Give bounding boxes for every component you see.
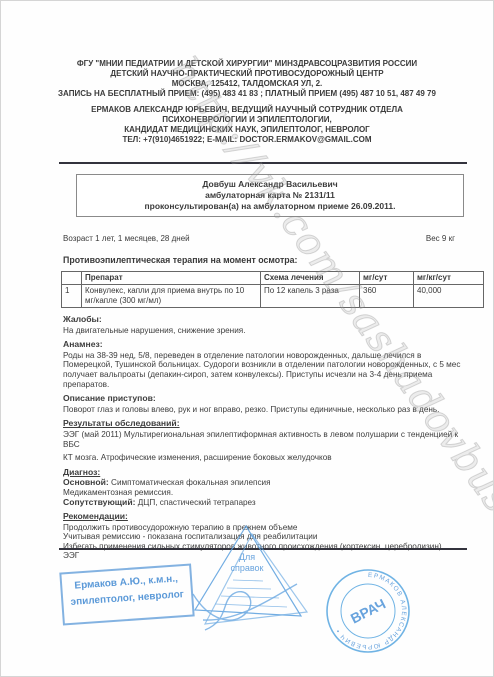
scheme-cell: По 12 капель 3 раза xyxy=(261,285,360,308)
doctor-department: ПСИХОНЕВРОЛОГИИ И ЭПИЛЕПТОЛОГИИ, xyxy=(1,115,493,125)
anamnesis-text: Роды на 38-39 нед, 5/8, переведен в отде… xyxy=(63,351,467,389)
seizure-description-section: Описание приступов: Поворот глаз и голов… xyxy=(63,394,467,414)
comorbid-diagnosis-line: Сопутствующий: ДЦП, спастический тетрапа… xyxy=(63,498,467,508)
consult-date-line: проконсультирован(а) на амбулаторном при… xyxy=(77,201,463,212)
main-diagnosis-text: Симптоматическая фокальная эпилепсия xyxy=(109,478,271,487)
doctor-round-stamp: ЕРМАКОВ АЛЕКСАНДР ЮРЬЕВИЧ • ВРАЧ xyxy=(323,566,413,656)
main-diagnosis-label: Основной: xyxy=(63,477,109,487)
exam-results-title: Результаты обследований: xyxy=(63,419,467,429)
clinic-header: ФГУ "МНИИ ПЕДИАТРИИ И ДЕТСКОЙ ХИРУРГИИ" … xyxy=(1,59,493,145)
comorbid-diagnosis-text: ДЦП, спастический тетрапарез xyxy=(135,498,255,507)
anamnesis-section: Анамнез: Роды на 38-39 нед, 5/8, перевед… xyxy=(63,340,467,389)
mg-kg-day-cell: 40,000 xyxy=(414,285,484,308)
seizure-description-title: Описание приступов: xyxy=(63,394,467,404)
patient-name: Довбуш Александр Васильевич xyxy=(77,179,463,190)
doctor-degree: КАНДИДАТ МЕДИЦИНСКИХ НАУК, ЭПИЛЕПТОЛОГ, … xyxy=(1,125,493,135)
clinic-name: ФГУ "МНИИ ПЕДИАТРИИ И ДЕТСКОЙ ХИРУРГИИ" … xyxy=(1,59,493,69)
doctor-rectangular-stamp: Ермаков А.Ю., к.м.н., эпилептолог, невро… xyxy=(59,563,194,625)
diagnosis-title: Диагноз: xyxy=(63,468,467,478)
doctor-contacts: ТЕЛ: +7(910)4651922; E-MAIL: DOCTOR.ERMA… xyxy=(1,135,493,145)
mg-day-cell: 360 xyxy=(360,285,414,308)
clinic-phones: ЗАПИСЬ НА БЕСПЛАТНЫЙ ПРИЕМ: (495) 483 41… xyxy=(1,89,493,99)
therapy-table: Препарат Схема лечения мг/сут мг/кг/сут … xyxy=(61,271,484,308)
drug-cell: Конвулекс, капли для приема внутрь по 10… xyxy=(82,285,261,308)
exam-results-section: Результаты обследований: ЭЭГ (май 2011) … xyxy=(63,419,467,462)
recommendations-title: Рекомендации: xyxy=(63,512,467,522)
patient-info-box: Довбуш Александр Васильевич амбулаторная… xyxy=(76,174,464,217)
complaints-text: На двигательные нарушения, снижение зрен… xyxy=(63,326,467,336)
therapy-section-title: Противоэпилептическая терапия на момент … xyxy=(63,255,297,265)
row-number-cell: 1 xyxy=(62,285,82,308)
seizure-description-text: Поворот глаз и головы влево, рук и ног в… xyxy=(63,405,467,415)
num-column-header xyxy=(62,272,82,285)
patient-weight: Вес 9 кг xyxy=(426,234,455,243)
triangle-stamp-text-bottom: справок xyxy=(230,563,263,573)
triangle-stamp-text-top: Для xyxy=(239,552,255,562)
eeg-result-text: ЭЭГ (май 2011) Мультирегиональная эпилеп… xyxy=(63,430,467,449)
patient-age: Возраст 1 лет, 1 месяцев, 28 дней xyxy=(63,234,190,243)
main-diagnosis-line: Основной: Симптоматическая фокальная эпи… xyxy=(63,478,467,488)
vitals-row: Возраст 1 лет, 1 месяцев, 28 дней Вес 9 … xyxy=(63,234,455,243)
clinic-subtitle: ДЕТСКИЙ НАУЧНО-ПРАКТИЧЕСКИЙ ПРОТИВОСУДОР… xyxy=(1,69,493,79)
comorbid-diagnosis-label: Сопутствующий: xyxy=(63,497,135,507)
mg-day-column-header: мг/сут xyxy=(360,272,414,285)
clinic-address: МОСКВА, 125412, ТАЛДОМСКАЯ УЛ, 2. xyxy=(1,79,493,89)
therapy-table-row: 1 Конвулекс, капли для приема внутрь по … xyxy=(62,285,484,308)
header-divider xyxy=(59,162,467,164)
diagnosis-section: Диагноз: Основной: Симптоматическая фока… xyxy=(63,468,467,507)
therapy-table-header-row: Препарат Схема лечения мг/сут мг/кг/сут xyxy=(62,272,484,285)
complaints-section: Жалобы: На двигательные нарушения, сниже… xyxy=(63,315,467,335)
reference-triangle-stamp: Для справок xyxy=(189,524,309,634)
ct-result-text: КТ мозга. Атрофические изменения, расшир… xyxy=(63,453,467,463)
round-stamp-center-text: ВРАЧ xyxy=(348,595,388,626)
document-page: http://vk.com/sashadovbush ФГУ "МНИИ ПЕД… xyxy=(0,0,494,677)
card-number: амбулаторная карта № 2131/11 xyxy=(77,190,463,201)
scheme-column-header: Схема лечения xyxy=(261,272,360,285)
mg-kg-day-column-header: мг/кг/сут xyxy=(414,272,484,285)
doctor-name-title: ЕРМАКОВ АЛЕКСАНДР ЮРЬЕВИЧ, ВЕДУЩИЙ НАУЧН… xyxy=(1,105,493,115)
triangle-outline-shadow-icon xyxy=(205,534,307,624)
anamnesis-title: Анамнез: xyxy=(63,340,467,350)
drug-column-header: Препарат xyxy=(82,272,261,285)
complaints-title: Жалобы: xyxy=(63,315,467,325)
